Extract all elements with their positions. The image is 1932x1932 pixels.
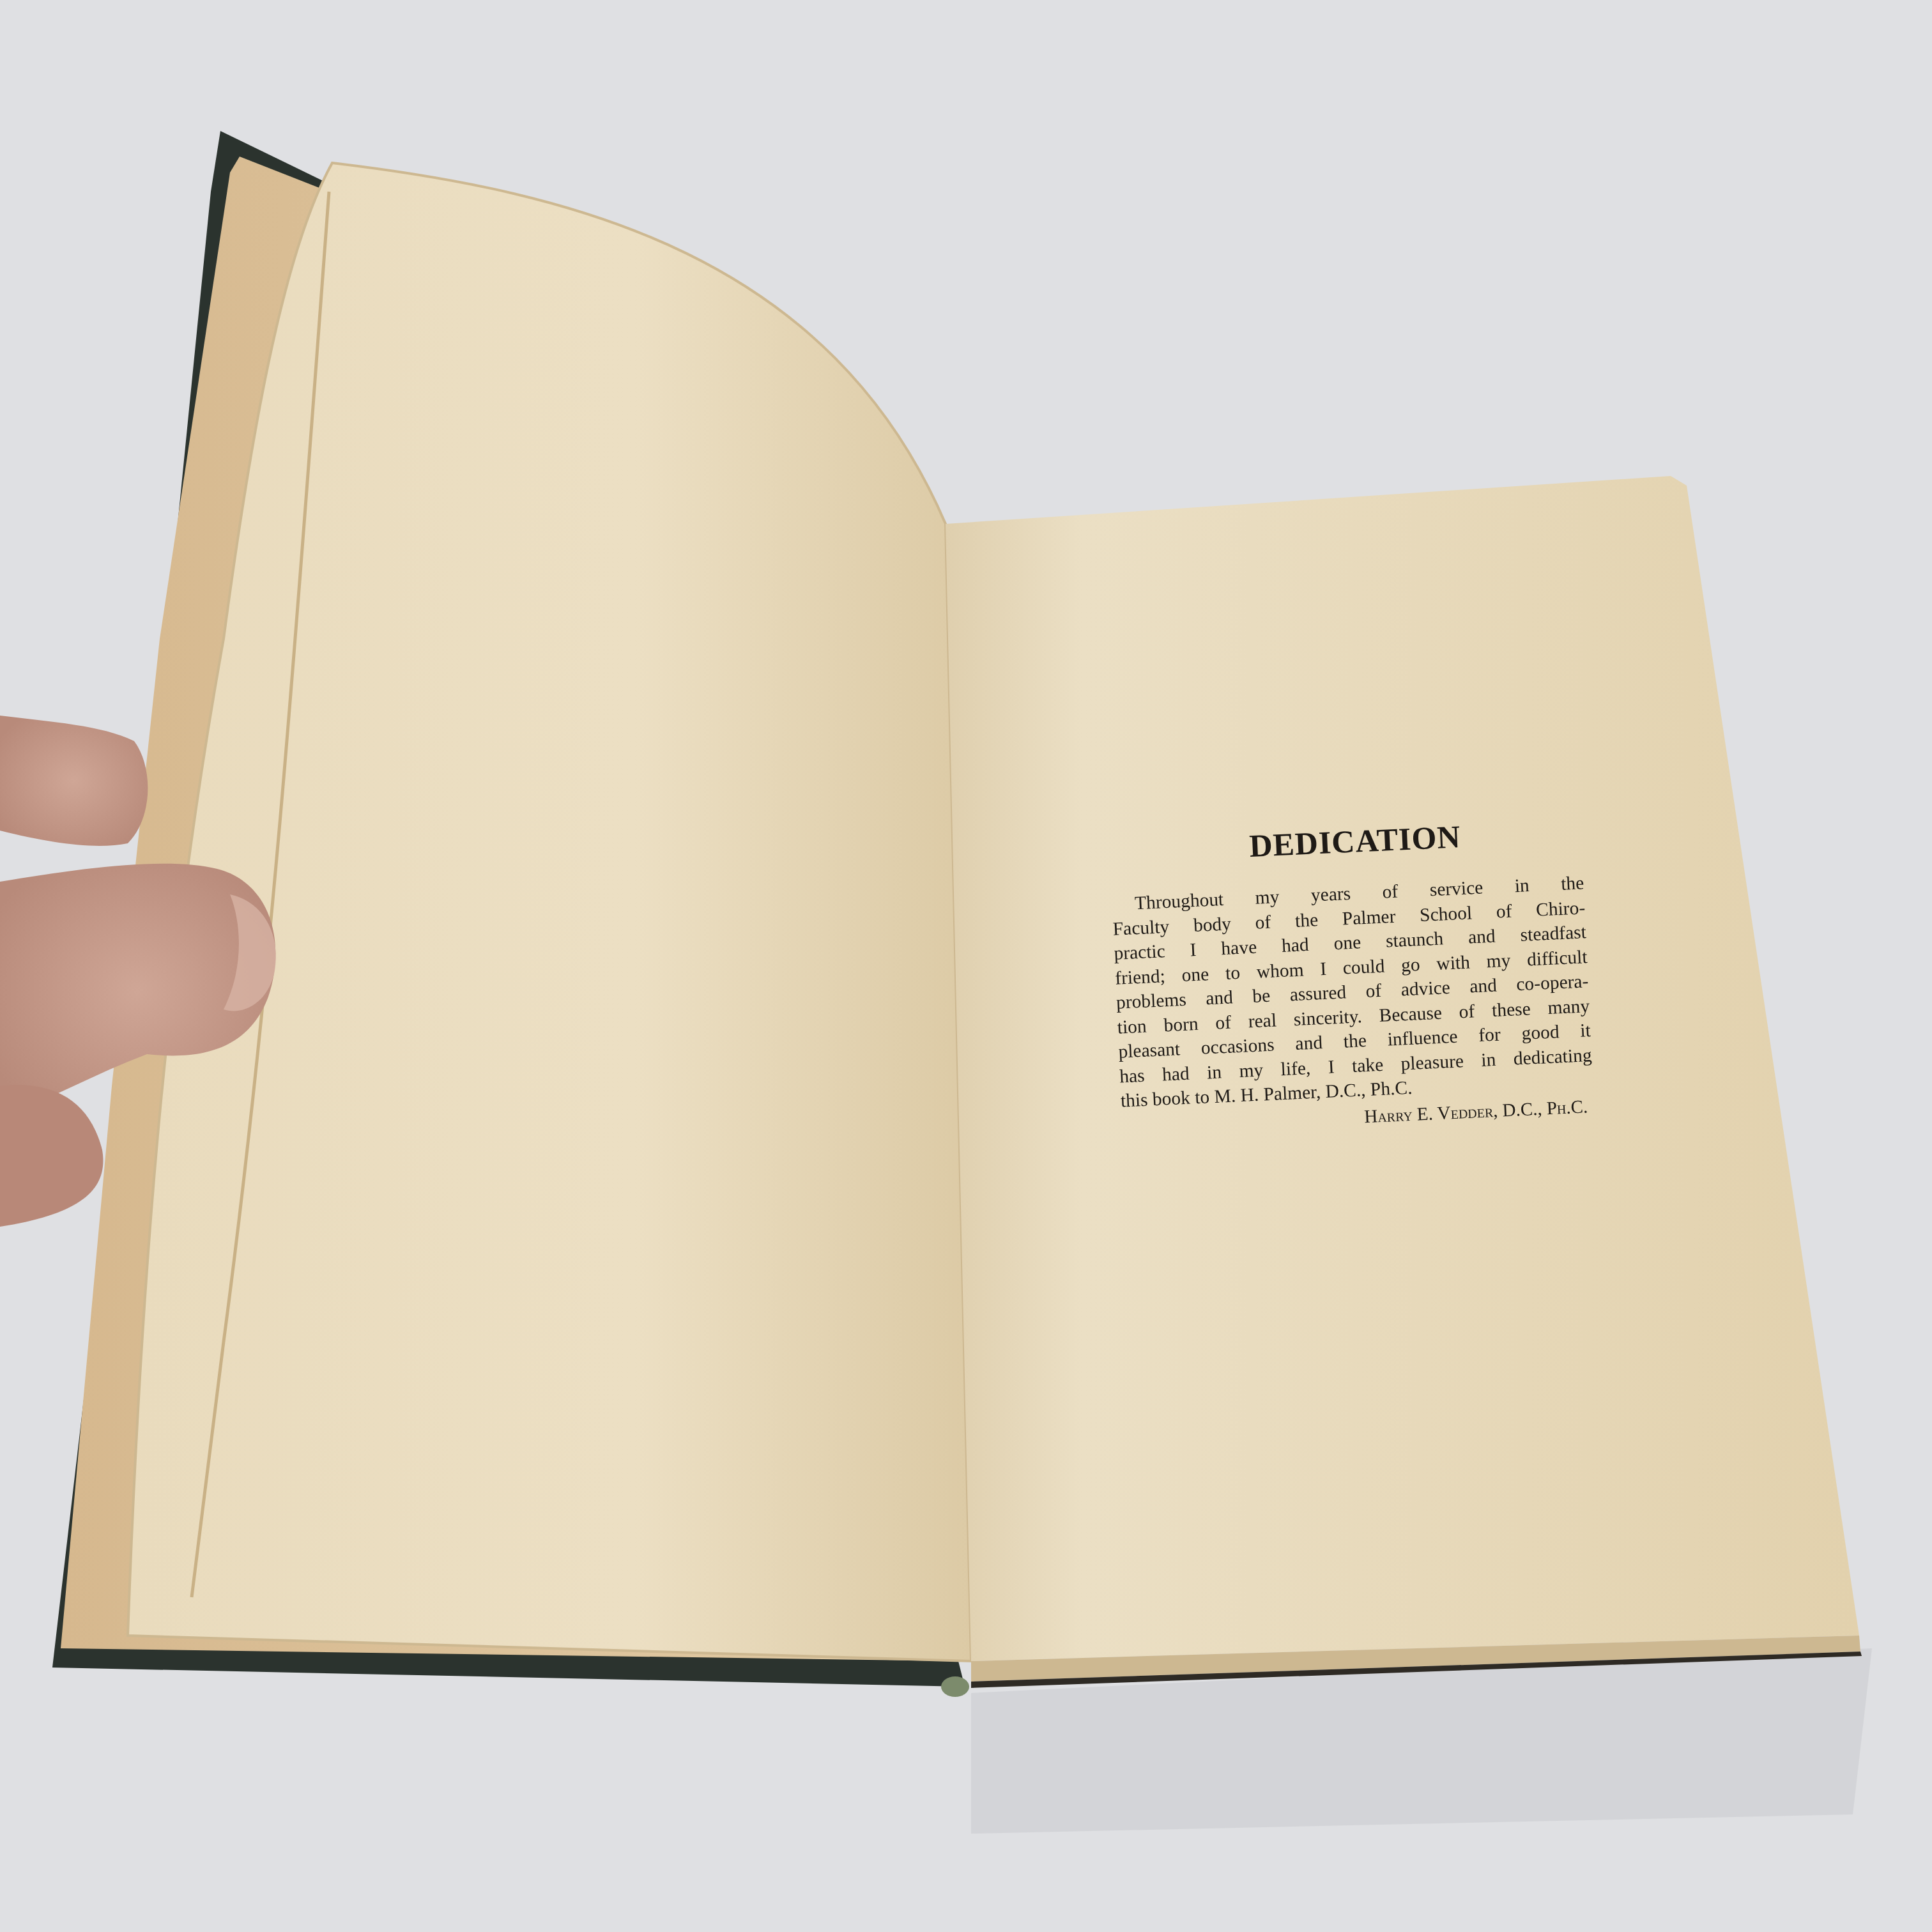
photo-scene xyxy=(0,0,1932,1932)
dedication-block: DEDICATION Throughout my years of servic… xyxy=(1108,812,1595,1140)
dedication-body: Throughout my years of service in the Fa… xyxy=(1111,871,1593,1114)
spine-headband xyxy=(941,1676,969,1697)
